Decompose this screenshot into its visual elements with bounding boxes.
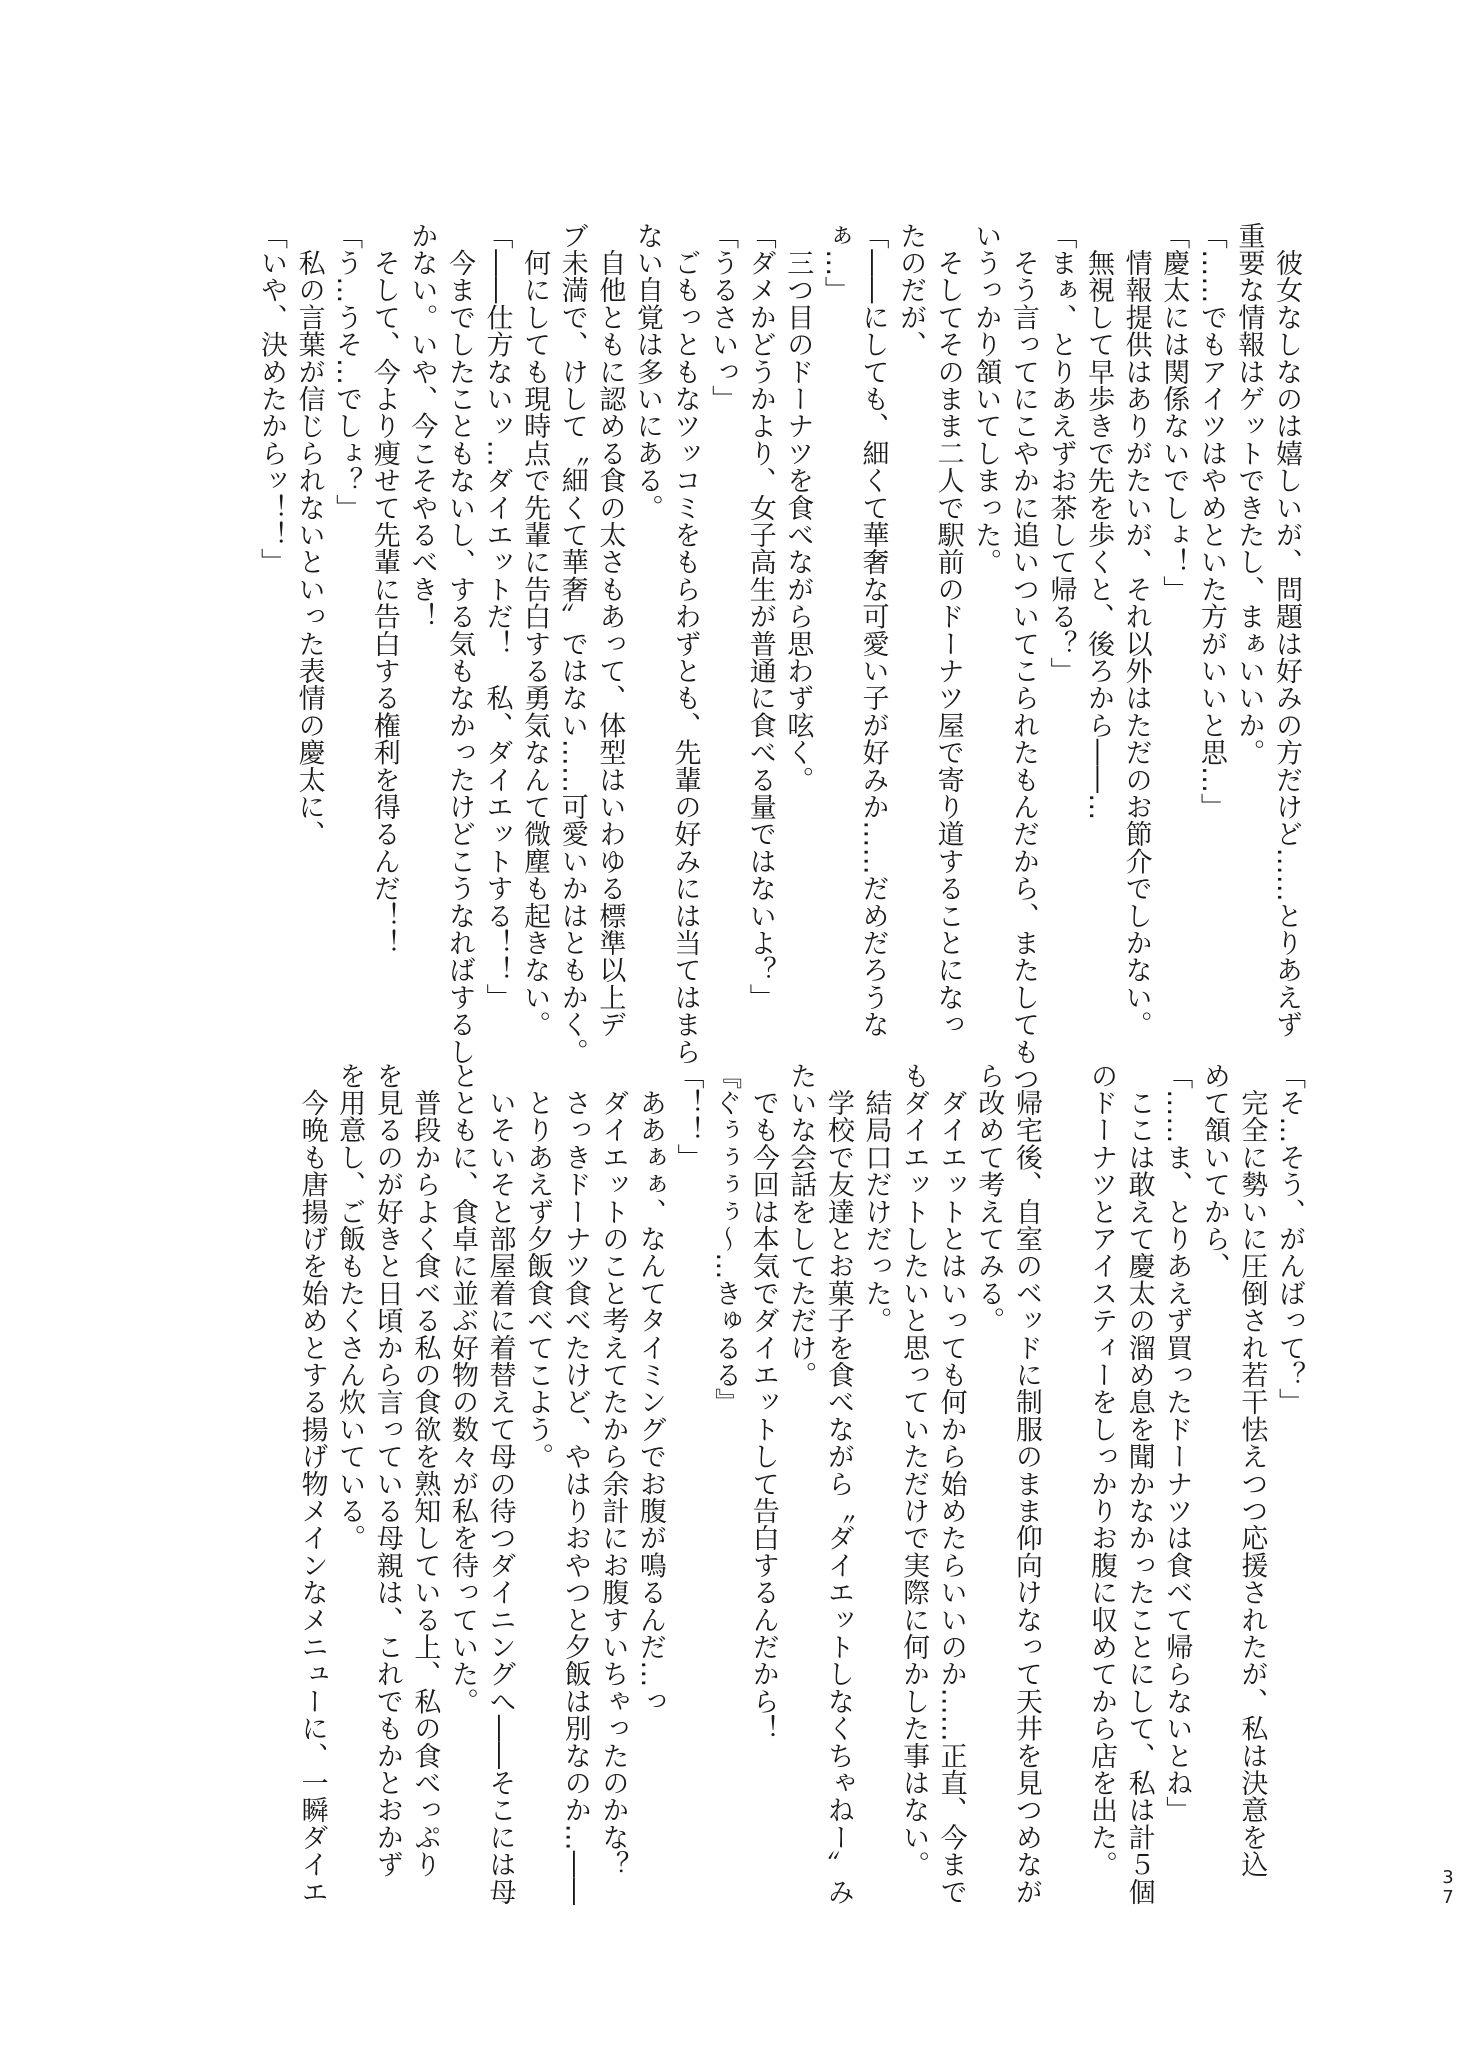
text-line: 自他ともに認める食の太さもあって、体型はいわゆる標準以上デ: [591, 222, 629, 1052]
text-line: ダイエットとはいっても何から始めたらいいのか……正直、今まで: [932, 1062, 970, 1892]
text-line: 「……ま、とりあえず買ったドーナツは食べて帰らないとね」: [1158, 1062, 1196, 1892]
text-line: 「うるさいっ」: [704, 222, 742, 1052]
text-line: 三つ目のドーナツを食べながら思わず呟く。: [779, 222, 817, 1052]
text-line: 「そ…そう、がんばって？」: [1270, 1062, 1308, 1892]
text-line: 私の言葉が信じられないといった表情の慶太に、: [290, 222, 328, 1052]
text-line: 「まぁ、とりあえずお茶して帰る？」: [1042, 222, 1080, 1052]
text-line: ごもっともなツッコミをもらわずとも、先輩の好みには当てはまら: [666, 222, 704, 1052]
text-line: 結局口だけだった。: [857, 1062, 895, 1892]
text-line: 彼女なしなのは嬉しいが、問題は好みの方だけど……とりあえず: [1267, 222, 1305, 1052]
text-block-top: 彼女なしなのは嬉しいが、問題は好みの方だけど……とりあえず重要な情報はゲットでき…: [225, 222, 1305, 1052]
text-line: たのだが、: [891, 222, 929, 1052]
page-number: 3 7: [1441, 1868, 1455, 1908]
text-block-bottom: 「そ…そう、がんばって？」 完全に勢いに圧倒され若干怯えつつ応援されたが、私は決…: [228, 1062, 1308, 1892]
text-line: ブ未満で、けして〝細くて華奢〟ではない……可愛いかはともかく。: [553, 222, 591, 1052]
text-line: そう言ってにこやかに追いついてこられたもんだから、またしてもつ: [1004, 222, 1042, 1052]
novel-page: 彼女なしなのは嬉しいが、問題は好みの方だけど……とりあえず重要な情報はゲットでき…: [0, 0, 1480, 2071]
text-line: のドーナツとアイスティーをしっかりお腹に収めてから店を出た。: [1082, 1062, 1120, 1892]
text-line: とともに、食卓に並ぶ好物の数々が私を待っていた。: [443, 1062, 481, 1892]
text-line: 「う…うそ…でしょ？」: [328, 222, 366, 1052]
text-line: 重要な情報はゲットできたし、まぁいいか。: [1230, 222, 1268, 1052]
text-line: 帰宅後、自室のベッドに制服のまま仰向けなって天井を見つめなが: [1007, 1062, 1045, 1892]
text-line: 普段からよく食べる私の食欲を熟知している上、私の食べっぷり: [406, 1062, 444, 1892]
text-line: 学校で友達とお菓子を食べながら〝ダイエットしなくちゃねー〟み: [819, 1062, 857, 1892]
text-line: 「……でもアイツはやめといた方がいいと思…」: [1192, 222, 1230, 1052]
text-line: 「――仕方ないッ…ダイエットだ！ 私、ダイエットする！！」: [478, 222, 516, 1052]
text-line: ここは敢えて慶太の溜め息を聞かなかったことにして、私は計５個: [1120, 1062, 1158, 1892]
text-line: さっきドーナツ食べたけど、やはりおやつと夕飯は別なのか…――: [556, 1062, 594, 1892]
text-line: いうっかり頷いてしまった。: [967, 222, 1005, 1052]
page-number-digit: 3: [1441, 1868, 1455, 1888]
text-line: ぁ…」: [816, 222, 854, 1052]
text-line: 情報提供はありがたいが、それ以外はただのお節介でしかない。: [1117, 222, 1155, 1052]
text-line: とりあえず夕飯食べてこよう。: [519, 1062, 557, 1892]
text-line: もダイエットしたいと思っていただけで実際に何かした事はない。: [894, 1062, 932, 1892]
text-line: ない自覚は多いにある。: [628, 222, 666, 1052]
text-line: を用意し、ご飯もたくさん炊いている。: [331, 1062, 369, 1892]
text-line: 『ぐぅぅぅぅ〜…きゅるる』: [707, 1062, 745, 1892]
text-line: 何にしても現時点で先輩に告白する勇気なんて微塵も起きない。: [516, 222, 554, 1052]
text-line: 今までしたこともないし、する気もなかったけどこうなればするし: [440, 222, 478, 1052]
text-line: いそいそと部屋着に着替えて母の待つダイニングへ――そこには母: [481, 1062, 519, 1892]
text-line: 「いや、決めたからッ！！」: [252, 222, 290, 1052]
text-line: 「――にしても、細くて華奢な可愛い子が好みか……だめだろうな: [854, 222, 892, 1052]
page-number-digit: 7: [1441, 1888, 1455, 1908]
text-line: 完全に勢いに圧倒され若干怯えつつ応援されたが、私は決意を込: [1233, 1062, 1271, 1892]
text-line: [1045, 1062, 1083, 1892]
text-line: 「！！」: [669, 1062, 707, 1892]
text-line: 「慶太には関係ないでしょ！」: [1155, 222, 1193, 1052]
text-line: たいな会話をしてただけ。: [782, 1062, 820, 1892]
text-line: 「ダメかどうかより、女子高生が普通に食べる量ではないよ？」: [741, 222, 779, 1052]
text-line: ダイエットのこと考えてたから余計にお腹すいちゃったのかな？: [594, 1062, 632, 1892]
text-line: ああぁぁ、なんてタイミングでお腹が鳴るんだ…っ: [631, 1062, 669, 1892]
text-line: めて頷いてから、: [1195, 1062, 1233, 1892]
text-line: を見るのが好きと日頃から言っている母親は、これでもかとおかず: [368, 1062, 406, 1892]
text-line: かない。いや、今こそやるべき！: [403, 222, 441, 1052]
text-line: ら改めて考えてみる。: [970, 1062, 1008, 1892]
text-line: 無視して早歩きで先を歩くと、後ろから――…: [1079, 222, 1117, 1052]
text-line: そして、今より痩せて先輩に告白する権利を得るんだ！！: [365, 222, 403, 1052]
text-line: 今晩も唐揚げを始めとする揚げ物メインなメニューに、一瞬ダイエ: [293, 1062, 331, 1892]
text-line: でも今回は本気でダイエットして告白するんだから！: [744, 1062, 782, 1892]
text-line: そしてそのまま二人で駅前のドーナツ屋で寄り道することになっ: [929, 222, 967, 1052]
